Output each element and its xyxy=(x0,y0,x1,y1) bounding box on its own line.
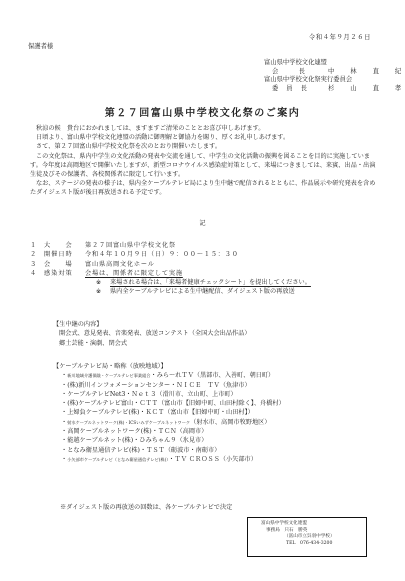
detail-item-datetime: ２ 開催日時 令和４年１０月９日（日）９：００～１５：３０ xyxy=(30,250,390,259)
contact-org: 富山県中学校文化連盟 xyxy=(261,521,366,528)
document-date: 令和４年９月２６日 xyxy=(309,33,371,42)
ki-heading: 記 xyxy=(0,220,405,229)
note-mark: ※ xyxy=(96,278,110,287)
item-value: 会場は、関係者に限定して実施 xyxy=(85,269,183,278)
station-name: となみ衛星通信テレビ(株)・ＴＳＴ（砺波市・南砺市） xyxy=(67,447,220,454)
note-text: 来場される場合は、「来場者健康チェックシート」を提出してください。 xyxy=(110,278,311,287)
details-list: １ 大 会 第２７回富山県中学校文化祭 ２ 開催日時 令和４年１０月９日（日）９… xyxy=(30,241,390,297)
item-value: 富山県高岡文化ホール xyxy=(85,260,155,269)
station-name: ・ＴＶ ＣＲＯＳＳ（小矢部市） xyxy=(168,456,257,463)
note-broadcast: ※ 県内全ケーブルテレビによる生中継配信、ダイジェスト版の再放送 xyxy=(30,287,390,296)
note-health-check: ※ 来場される場合は、「来場者健康チェックシート」を提出してください。 xyxy=(30,278,390,287)
addressee: 保護者様 xyxy=(28,42,53,51)
item-label: 会 場 xyxy=(44,260,85,269)
station-name: 高岡ケーブルネットワーク(株)・ＴＣＮ（高岡市） xyxy=(67,428,207,435)
detail-item-infection-control: ４ 感染対策 会場は、関係者に限定して実施 xyxy=(30,269,390,278)
detail-item-event: １ 大 会 第２７回富山県中学校文化祭 xyxy=(30,241,390,250)
station-name: (株)ケーブルテレビ富山・ＣＴＴ（富山市【旧婦中町、山田村除く】、舟橋村） xyxy=(67,400,285,407)
content-line: 開会式、意見発表、音楽発表、放送コンテスト（全国大会出品作品） xyxy=(53,329,251,338)
station-item: ・(株)ケーブルテレビ富山・ＣＴＴ（富山市【旧婦中町、山田村除く】、舟橋村） xyxy=(53,399,285,408)
item-label: 開催日時 xyxy=(44,250,85,259)
item-value: 令和４年１０月９日（日）９：００～１５：３０ xyxy=(85,250,239,259)
sender-name: 杉 山 直 孝 xyxy=(328,85,405,94)
sender-block: 富山県中学校文化連盟 会 長 中 林 直 紀 富山県中学校文化祭実行委員会 委 … xyxy=(264,59,405,94)
station-item: ・能越ケーブルネット(株)・ひみちゃん９（氷見市） xyxy=(53,436,285,445)
paragraph: 秋涼の候 貴台におかれましては、ますますご清栄のこととお喜び申しあげます。 xyxy=(30,124,380,133)
station-prefix: 小矢部市ケーブルテレビ（となみ衛星通信テレビ(株)） xyxy=(67,457,168,462)
body-text: 秋涼の候 貴台におかれましては、ますますご清栄のこととお喜び申しあげます。 日頃… xyxy=(30,124,380,197)
item-value: 第２７回富山県中学校文化祭 xyxy=(85,241,176,250)
station-name: 能越ケーブルネット(株)・ひみちゃん９（氷見市） xyxy=(67,437,207,444)
cable-tv-section: 【ケーブルテレビ局・略称（放映地域）】 ・新川地域介護保険・ケーブルテレビ事業組… xyxy=(53,362,285,464)
station-item: ・射水ケーブルネットワーク(株)・ICSいみずケーブルネットワーク（射水市、高岡… xyxy=(53,418,285,427)
station-item: ・(株)新川インフォメーションセンター・ＮＩＣＥ ＴＶ（魚津市） xyxy=(53,381,285,390)
document-title: 第２７回富山県中学校文化祭のご案内 xyxy=(0,107,405,122)
item-number: ４ xyxy=(30,269,44,278)
station-name: (株)新川インフォメーションセンター・ＮＩＣＥ ＴＶ（魚津市） xyxy=(67,382,250,389)
note-mark: ※ xyxy=(96,287,110,296)
item-number: ３ xyxy=(30,260,44,269)
note-text: 県内全ケーブルテレビによる生中継配信、ダイジェスト版の再放送 xyxy=(110,287,295,296)
item-number: ２ xyxy=(30,250,44,259)
footnote: ※ダイジェスト版の再放送の回数は、各ケーブルテレビで決定 xyxy=(60,504,232,513)
sender-org-2: 富山県中学校文化祭実行委員会 xyxy=(264,76,405,85)
sender-org-1: 富山県中学校文化連盟 xyxy=(264,59,405,68)
live-content-section: 【生中継の内容】 開会式、意見発表、音楽発表、放送コンテスト（全国大会出品作品）… xyxy=(53,320,251,348)
item-label: 感染対策 xyxy=(44,269,85,278)
station-prefix: 新川地域介護保険・ケーブルテレビ事業組合 xyxy=(67,373,150,378)
paragraph: この文化祭は、県内中学生の文化活動の発表や交流を通して、中学生の文化活動の振興を… xyxy=(30,152,380,180)
station-item: ・新川地域介護保険・ケーブルテレビ事業組合・みら～れＴＶ（黒部市、入善町、朝日町… xyxy=(53,371,285,380)
station-name: （射水市、高岡市牧野地区） xyxy=(190,419,270,426)
contact-school: （富山市立呉羽中学校） xyxy=(261,534,366,541)
sender-role-2: 委 員 長 杉 山 直 孝 xyxy=(264,85,405,94)
item-number: １ xyxy=(30,241,44,250)
item-label: 大 会 xyxy=(44,241,85,250)
station-item: ・となみ衛星通信テレビ(株)・ＴＳＴ（砺波市・南砺市） xyxy=(53,446,285,455)
station-item: ・小矢部市ケーブルテレビ（となみ衛星通信テレビ(株)）・ＴＶ ＣＲＯＳＳ（小矢部… xyxy=(53,455,285,464)
section-heading: 【生中継の内容】 xyxy=(53,320,251,329)
contact-tel: TEL 076-434-3200 xyxy=(261,541,366,548)
station-name: ・みら～れＴＶ（黒部市、入善町、朝日町） xyxy=(150,372,274,379)
station-name: ケーブルテレビNet3・Ｎｅｔ３（滑川市、立山町、上市町） xyxy=(67,391,237,398)
contact-box: 富山県中学校文化連盟 事務局 只石 勝英 （富山市立呉羽中学校） TEL 076… xyxy=(247,517,367,557)
station-prefix: 射水ケーブルネットワーク(株)・ICSいみずケーブルネットワーク xyxy=(67,420,190,425)
paragraph: なお、ステージの発表の様子は、県内全ケーブルテレビ局により生中継で配信されるとと… xyxy=(30,179,380,197)
station-item: ・ケーブルテレビNet3・Ｎｅｔ３（滑川市、立山町、上市町） xyxy=(53,390,285,399)
sender-role-label: 委 員 長 xyxy=(272,85,328,94)
station-name: 上婦負ケーブルテレビ(株)・ＫＣＴ（富山市【旧婦中町・山田村】） xyxy=(67,409,254,416)
station-item: ・上婦負ケーブルテレビ(株)・ＫＣＴ（富山市【旧婦中町・山田村】） xyxy=(53,408,285,417)
detail-item-venue: ３ 会 場 富山県高岡文化ホール xyxy=(30,260,390,269)
section-heading: 【ケーブルテレビ局・略称（放映地域）】 xyxy=(53,362,285,371)
station-item: ・高岡ケーブルネットワーク(株)・ＴＣＮ（高岡市） xyxy=(53,427,285,436)
paragraph: さて、第２７回富山県中学校文化祭を次のとおり開催いたします。 xyxy=(30,142,380,151)
paragraph: 日頃より、富山県中学校文化連盟の活動に御理解と御協力を賜り、厚くお礼申しあげます… xyxy=(30,133,380,142)
content-line: 郷土芸能・演劇、閉会式 xyxy=(53,339,251,348)
